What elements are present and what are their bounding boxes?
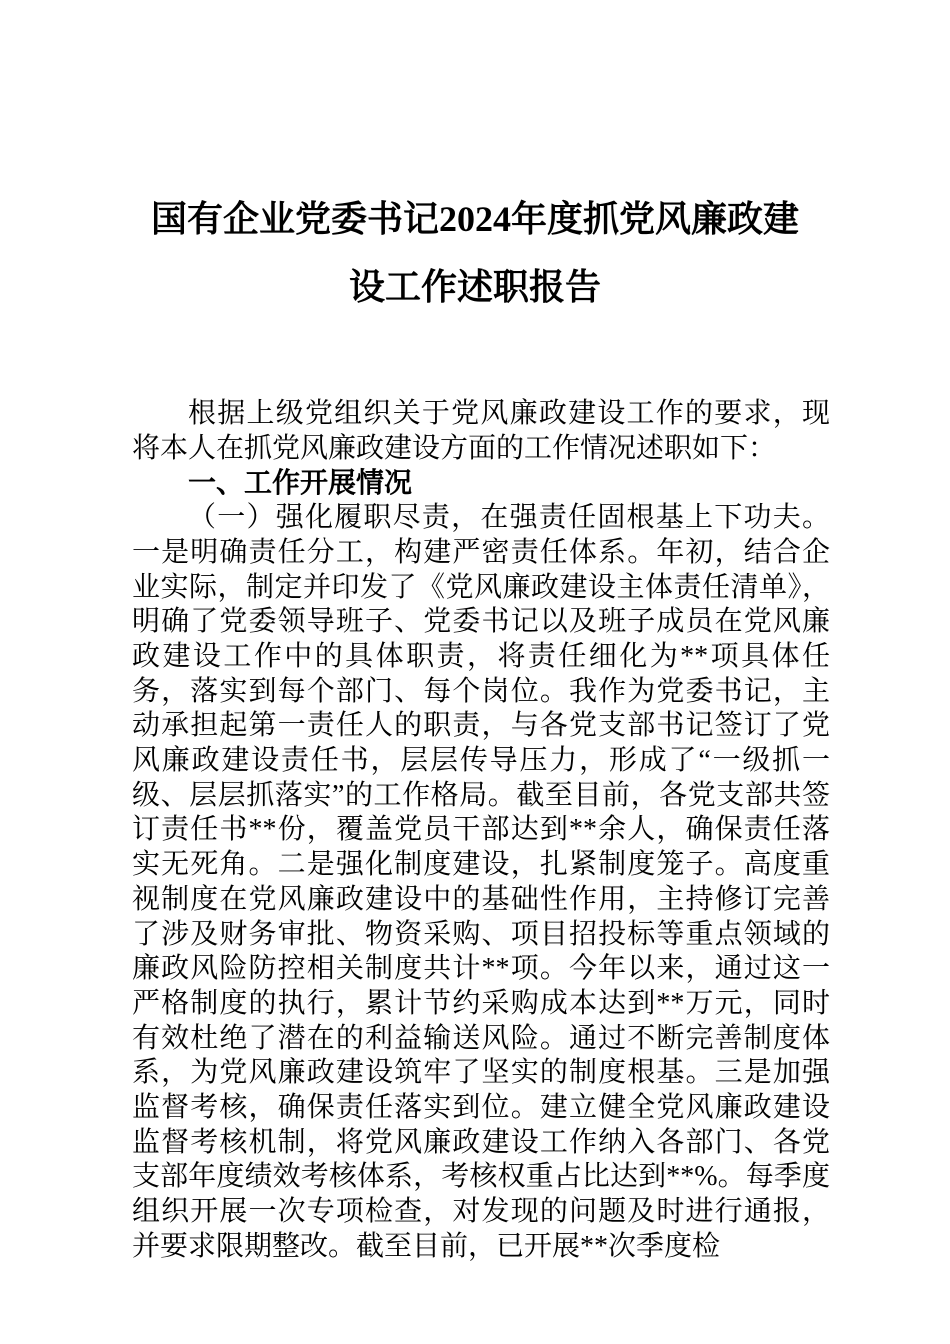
document-title-line-2: 设工作述职报告 [0, 253, 950, 321]
document-title-line-1: 国有企业党委书记2024年度抓党风廉政建 [0, 185, 950, 253]
intro-paragraph: 根据上级党组织关于党风廉政建设工作的要求，现将本人在抓党风廉政建设方面的工作情况… [132, 397, 830, 466]
section-paragraph: （一）强化履职尽责，在强责任固根基上下功夫。一是明确责任分工，构建严密责任体系。… [132, 501, 830, 1264]
section-heading-work-progress: 一、工作开展情况 [132, 466, 830, 501]
section-paragraph-rest: 一是明确责任分工，构建严密责任体系。年初，结合企业实际，制定并印发了《党风廉政建… [132, 537, 830, 1262]
document-page: 国有企业党委书记2024年度抓党风廉政建 设工作述职报告 根据上级党组织关于党风… [0, 0, 950, 1344]
document-body: 根据上级党组织关于党风廉政建设工作的要求，现将本人在抓党风廉政建设方面的工作情况… [132, 397, 830, 1265]
document-title: 国有企业党委书记2024年度抓党风廉政建 设工作述职报告 [0, 0, 950, 321]
section-paragraph-lead: （一）强化履职尽责，在强责任固根基上下功夫。 [188, 502, 830, 533]
